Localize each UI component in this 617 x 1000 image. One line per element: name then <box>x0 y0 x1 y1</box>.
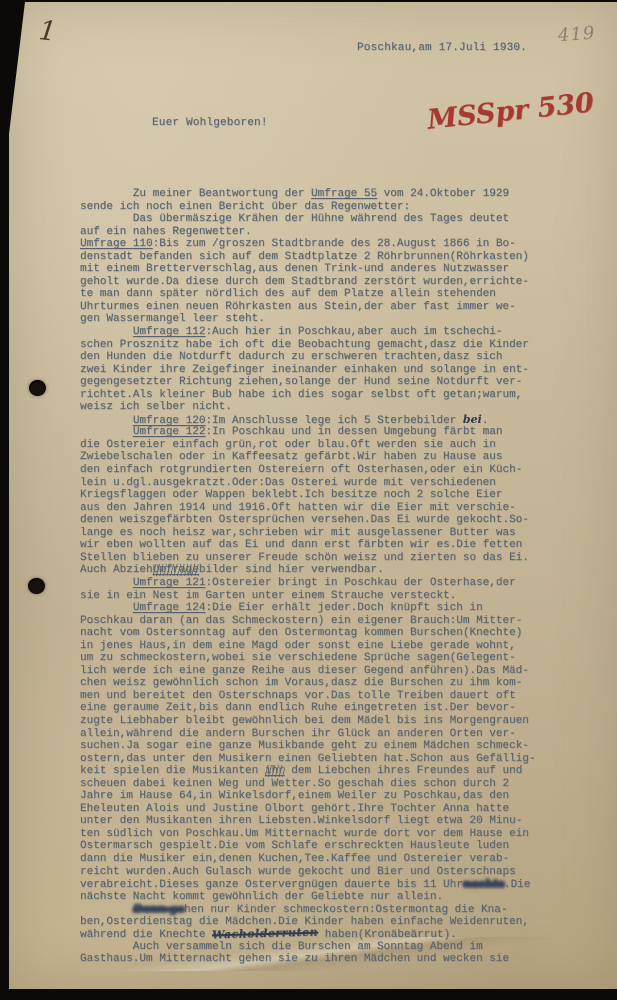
typed-line: chen weisz gewöhnlich schon im Voraus,da… <box>80 677 552 690</box>
typed-line: Umfrage 122:In Poschkau und in dessen Um… <box>80 426 552 439</box>
typed-line: verabreicht.Dieses ganze Ostervergnügen … <box>80 878 552 891</box>
typed-line: den Hunden die Notdurft dadurch zu ersch… <box>80 351 552 364</box>
typed-line: ten südlich von Poschkau.Um Mitternacht … <box>80 828 552 841</box>
typed-line: nacht vom Ostersonntag auf den Ostermont… <box>80 627 552 640</box>
document-sheet: 1 419 Poschkau,am 17.Juli 1930. MSSpr 53… <box>9 2 617 989</box>
typed-line: Stellen blieben zu unserer Freude schön … <box>80 552 552 565</box>
typed-line: Umfrage 112:Auch hier in Poschkau,aber a… <box>80 326 552 339</box>
typed-line: ostern,das unter den Musikern einen Geli… <box>80 753 552 766</box>
typed-line: die Ostereier einfach grün,rot oder blau… <box>80 439 552 452</box>
typed-line: suchen.Ja sogar eine ganze Musikbande ge… <box>80 740 552 753</box>
salutation: Euer Wohlgeboren! <box>152 117 268 129</box>
typed-line: Gasthaus.Um Mitternacht gehen sie zu ihr… <box>80 953 552 966</box>
typed-line: Umfrage 124:Die Eier erhält jeder.Doch k… <box>80 602 552 615</box>
typed-line: gen Wassermangel leer steht. <box>80 313 552 326</box>
typed-line: keit spielen die Musikanten ihr dem Lieb… <box>80 765 552 778</box>
typed-line: Umfrage 110:Bis zum /groszen Stadtbrande… <box>80 238 552 251</box>
typed-line: Auch versammeln sich die Burschen am Son… <box>80 941 552 954</box>
typed-line: auf ein nahes Regenwetter. <box>80 226 552 239</box>
dateline: Poschkau,am 17.Juli 1930. <box>357 42 527 54</box>
typed-line: unter den Musikanten ihren Liebsten.Wink… <box>80 815 552 828</box>
typed-line: Das übermäszige Krähen der Hühne während… <box>80 213 552 226</box>
typed-body: Zu meiner Beantwortung der Umfrage 55 vo… <box>80 188 552 966</box>
typed-line: eine geraume Zeit,bis dann endlich Ruhe … <box>80 702 552 715</box>
typed-line: Auch AbziehUmfragebilder sind hier verwe… <box>80 564 552 577</box>
archive-signature-red-ink: MSSpr 530 <box>426 87 595 135</box>
typed-line: Ostermarsch gespielt.Die vom Schlafe ers… <box>80 840 552 853</box>
typed-line: während die Knechte Wacholderruten haben… <box>80 928 552 941</box>
typed-line: in jenes Haus,in dem eine Magd oder sons… <box>80 640 552 653</box>
typed-line: te man dann später nördlich des auf dem … <box>80 288 552 301</box>
typed-line: scheuen dabei keinen Weg und Wetter.So g… <box>80 778 552 791</box>
typed-line: geholt wurde.Da diese durch dem Stadtbra… <box>80 276 552 289</box>
typed-line: lein u.dgl.ausgekratzt.Oder:Das Osterei … <box>80 477 552 490</box>
typed-line: mit einem Bretterverschlag,aus denen Tri… <box>80 263 552 276</box>
typed-line: Kriegsflaggen oder Wappen beklebt.Ich be… <box>80 489 552 502</box>
handwritten-sheet-number: 1 <box>37 15 58 48</box>
typed-line: richtet.Als kleiner Bub habe ich dies so… <box>80 389 552 402</box>
typed-line: allein,während die andern Burschen ihr G… <box>80 728 552 741</box>
typed-line: aus den Jahren 1914 und 1916.Oft hatten … <box>80 502 552 515</box>
typed-line: Zwiebelschalen oder in Kaffeesatz gefärb… <box>80 451 552 464</box>
typed-line: lich werde ich eine ganze Reihe aus dies… <box>80 665 552 678</box>
typed-line: Poschkau daran (an das Schmeckostern) ei… <box>80 615 552 628</box>
typed-line: um zu schmeckostern,wobei sie verschiede… <box>80 652 552 665</box>
typed-line: Uhrturmes einen neuen Röhrkasten aus Ste… <box>80 301 552 314</box>
typed-line: denen weiszgefärbten Ostersprüchen verse… <box>80 514 552 527</box>
scan-backdrop: { "marginalia": { "sheet_number": "1", "… <box>0 0 617 1000</box>
typed-line: Umfrage 121:Ostereier bringt in Poschkau… <box>80 577 552 590</box>
typed-line: Umfrage 120:Im Anschlusse lege ich 5 Ste… <box>80 414 552 427</box>
typed-line: men und bereitet den Osterschnaps vor.Da… <box>80 690 552 703</box>
typed-line: zugte Liebhaber bleibt gewöhnlich bei de… <box>80 715 552 728</box>
typed-line: lange es noch heisz war,schrieben wir mi… <box>80 527 552 540</box>
typed-line: gegengesetzter Richtung ziehen,solange d… <box>80 376 552 389</box>
typed-line: zwei Kinder ihre Zeigefinger ineinander … <box>80 364 552 377</box>
typed-line: Dann gehen nur Kinder schmeckostern:Oste… <box>80 903 552 916</box>
typed-line: dann die Musiker ein,denen Kuchen,Tee.Ka… <box>80 853 552 866</box>
typed-line: denstadt befanden sich auf dem Stadtplat… <box>80 251 552 264</box>
punch-hole-bottom <box>28 578 45 594</box>
punch-hole-top <box>29 380 46 396</box>
typed-line: sie in ein Nest im Garten unter einem St… <box>80 590 552 603</box>
pencil-page-number: 419 <box>557 23 596 47</box>
typed-line: sende ich noch einen Bericht über das Re… <box>80 201 552 214</box>
typed-line: den einfach rotgrundierten Ostereiern of… <box>80 464 552 477</box>
typed-line: Eheleuten Alois und Justine Olbort gehör… <box>80 803 552 816</box>
typed-line: wir eben wollten auf das Ei und dann ers… <box>80 539 552 552</box>
typed-line: Jahre im Hause 64,in Winkelsdorf,einem W… <box>80 790 552 803</box>
typed-line: Zu meiner Beantwortung der Umfrage 55 vo… <box>80 188 552 201</box>
typed-line: schen Prosznitz habe ich oft die Beobach… <box>80 339 552 352</box>
